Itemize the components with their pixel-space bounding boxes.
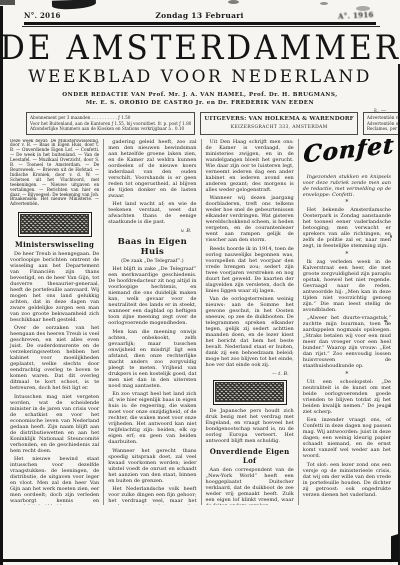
scan-smudge: [52, 0, 96, 10]
issue-date: Zondag 13 Februari: [155, 11, 243, 20]
date-bar: N°. 2016 Zondag 13 Februari A°. 1916: [24, 11, 374, 20]
publisher-box: UITGEVERS: VAN HOLKEMA & WARENDORF KEIZE…: [200, 112, 357, 134]
confetti-section-logo: Confetti: [302, 139, 390, 168]
scan-smudge: [228, 0, 239, 4]
masthead-rule-heavy: [24, 22, 376, 25]
article-paragraph: Ik zag verleden week in de Kalverstraat …: [303, 259, 391, 313]
article-paragraph: Wanneer wij dezen jaargang doorbladeren,…: [206, 195, 294, 243]
article-paragraph: Wanneer het gerecht thans spoedig uitspr…: [108, 448, 196, 484]
article-paragraph: gadering geleid heeft, zoo zal men den n…: [108, 139, 196, 199]
column-3: Uit Den Haag schrijft men ons: de Kamer …: [201, 139, 298, 505]
engraving-pattern: [20, 214, 89, 234]
article-subheading: (De zaak „De Telegraaf”.): [108, 259, 196, 264]
editors-line-1: ONDER REDACTIE VAN Prof. Mr. J. A. VAN H…: [0, 91, 400, 99]
article-paragraph: Tot slot: een lezer zond ons een versje …: [303, 462, 391, 498]
article-paragraph: Het Nederlandsche volk heeft voor zulke …: [108, 486, 196, 505]
article-paragraph: Over de oorzaken van het heengaan des he…: [10, 325, 99, 391]
author-signature: v. B.: [108, 228, 191, 234]
article-heading-onverdiende-eigen-lof: Onverdiende Eigen Lof: [206, 447, 294, 465]
masthead-rule-thin: [22, 26, 380, 27]
column-1: Deze week bevat: De Ministerswisseling, …: [6, 139, 103, 505]
newspaper-subtitle: WEEKBLAD VOOR NEDERLAND: [0, 67, 400, 87]
article-paragraph: Van de oorlogsterreinen weinig nieuws: a…: [206, 296, 294, 368]
scan-corner-wedge: [391, 534, 399, 563]
article-paragraph: Men kan die meening onwijs achten, onbek…: [108, 329, 196, 389]
newspaper-front-page: N°. 2016 Zondag 13 Februari A°. 1916 DE …: [0, 0, 400, 565]
subscription-rates-box: Abonnement per 3 maanden . . . . . . . .…: [26, 112, 195, 134]
issue-year: A°. 1916: [338, 10, 374, 21]
publisher-address: KEIZERSGRACHT 333, AMSTERDAM: [204, 125, 353, 131]
article-paragraph: Het nieuwe bewind staat intusschen voor …: [10, 456, 99, 505]
scan-smudge: [0, 0, 15, 5]
column-2: gadering geleid heeft, zoo zal men den n…: [103, 139, 200, 505]
article-paragraph: De Japansche pers houdt zich druk bezig …: [206, 408, 294, 444]
article-paragraph: Het blijft in zake „De Telegraaf” een me…: [108, 266, 196, 326]
scan-speck: [384, 320, 387, 322]
article-paragraph: Reeds hoorde ik in 1914, toen de oorlog …: [206, 246, 294, 294]
article-paragraph: Het land wacht af; en wie de teekenen ve…: [108, 201, 196, 225]
info-row: Abonnement per 3 maanden . . . . . . . .…: [26, 112, 374, 134]
article-paragraph: Aan den correspondent van de „New-York W…: [206, 467, 294, 505]
asterisk-divider: *: [303, 252, 391, 258]
contents-listing: Deze week bevat: De Ministerswisseling, …: [10, 139, 99, 209]
article-paragraph: „Alweer het duurte-vraagstuk,” zuchtte m…: [303, 315, 391, 369]
advertising-line: Advertentiën van 1—5 regels ƒ 1.25, elke…: [367, 115, 400, 120]
article-paragraph: De heer Treub is heengegaan. De voorloop…: [10, 251, 99, 323]
article-heading-baas-in-eigen-huis: Baas in Eigen Huis: [108, 237, 196, 257]
confetti-intro: Ingezonden stukken en knipsels voor deze…: [303, 174, 391, 198]
article-columns: Deze week bevat: De Ministerswisseling, …: [6, 139, 395, 505]
ornament-engraving: [213, 380, 287, 405]
article-heading-ministerswisseling: Ministerswisseling: [10, 240, 99, 249]
author-signature: — t. B.: [206, 371, 289, 377]
column-4: Confetti Ingezonden stukken en knipsels …: [298, 139, 395, 505]
scan-smudge: [320, 2, 328, 5]
editors-line-2: Mr. E. S. OROBIO DE CASTRO Jr. en Dr. FR…: [0, 99, 400, 107]
advertising-rates-box: Advertentiën van 1—5 regels ƒ 1.25, elke…: [363, 112, 400, 134]
editors-line: ONDER REDACTIE VAN Prof. Mr. J. A. VAN H…: [0, 91, 400, 107]
newspaper-title: DE AMSTERDAMMER: [0, 29, 400, 68]
engraving-pattern: [215, 382, 284, 402]
asterisk-divider: *: [303, 200, 391, 206]
advertising-line: Reclames, per regel . . . . . . . . . . …: [367, 126, 400, 131]
article-paragraph: Het bekende Amsterdamsche Oosterpark is …: [303, 207, 391, 249]
article-paragraph: Intusschen mag niet vergeten worden, wat…: [10, 394, 99, 454]
article-paragraph: En zoo vraagt heel het land zich af, wie…: [108, 391, 196, 445]
margin-annotation: k. —: [373, 108, 386, 115]
subscription-line: Afzonderlijke Nummers aan de Kiosken en …: [30, 126, 191, 131]
ornament-engraving: [18, 212, 92, 237]
scan-speck: [390, 235, 392, 238]
article-paragraph: Uit een schoolopstel: „De neutraliteit i…: [303, 379, 391, 415]
publisher-name: UITGEVERS: VAN HOLKEMA & WARENDORF: [204, 116, 353, 123]
article-paragraph: Een inzender vraagt ons, of Confetti in …: [303, 417, 391, 459]
article-paragraph: Uit Den Haag schrijft men ons: de Kamer …: [206, 139, 294, 193]
scan-border-left: [0, 6, 3, 565]
scan-border-bottom: [0, 559, 400, 562]
asterisk-divider: *: [303, 372, 391, 378]
issue-number: N°. 2016: [24, 11, 61, 20]
scan-speck: [389, 405, 391, 407]
